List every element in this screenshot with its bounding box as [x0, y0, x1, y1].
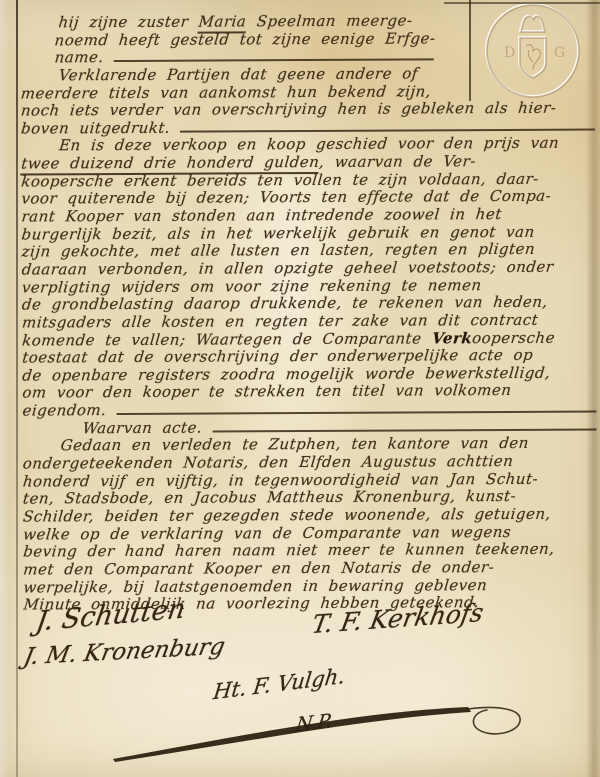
signature-notary: Ht. F. Vulgh. [212, 664, 346, 704]
signature-notary-paraph: N.P. [295, 710, 334, 736]
manuscript-line: noch iets verder van overschrijving hen … [21, 100, 595, 121]
top-edge-rule [444, 2, 600, 4]
scanned-deed-page: D G hij zijne zuster Maria Speelman meer… [0, 0, 600, 777]
filler-rule [116, 411, 596, 416]
signature-witness-kronenburg: J. M. Kronenburg [23, 634, 225, 670]
manuscript-line: om voor den kooper te strekken ten titel… [22, 382, 596, 403]
margin-rule [16, 0, 18, 777]
filler-rule [180, 128, 595, 132]
filler-rule [114, 59, 434, 63]
filler-rule [212, 428, 596, 432]
manuscript-text: hij zijne zuster Maria Speelman meerge-n… [20, 12, 597, 615]
